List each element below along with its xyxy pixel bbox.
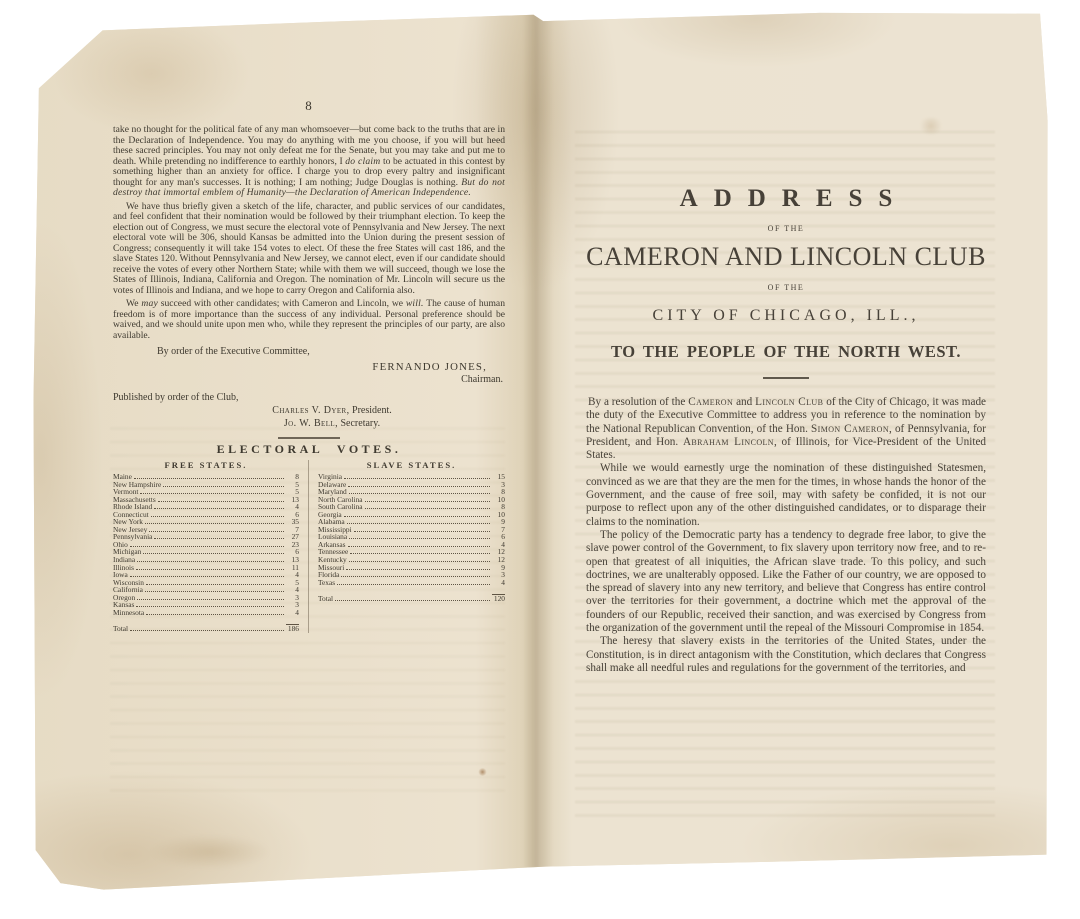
secretary-name: Jo. W. Bell,	[284, 418, 338, 429]
pamphlet-sheet: 8 take no thought for the political fate…	[0, 0, 1080, 919]
dot-leader	[344, 516, 490, 517]
dot-leader	[341, 576, 490, 577]
slave-states-column: SLAVE STATES. Virginia15Delaware3Marylan…	[309, 460, 505, 633]
paragraph-policy: The policy of the Democratic party has a…	[586, 529, 986, 635]
total-label: Total	[318, 595, 333, 603]
by-order-line: By order of the Executive Committee,	[113, 346, 505, 358]
slave-total-row: Total120	[318, 594, 505, 603]
president-title: President.	[350, 405, 392, 416]
smallcaps-run: Cameron	[688, 396, 733, 408]
dot-leader	[349, 538, 490, 539]
free-states-column: FREE STATES. Maine8New Hampshire5Vermont…	[113, 460, 309, 633]
center-fold-crease	[523, 13, 553, 868]
dot-leader	[347, 523, 490, 524]
dot-leader	[151, 516, 284, 517]
free-total-value: 186	[286, 624, 299, 633]
dot-leader	[365, 501, 490, 502]
free-states-header: FREE STATES.	[113, 460, 299, 470]
chairman-name: FERNANDO JONES,	[113, 361, 505, 373]
dot-leader	[137, 561, 284, 562]
slave-total-value: 120	[492, 594, 505, 603]
paragraph-urge: While we would earnestly urge the nomina…	[586, 462, 986, 528]
state-name: Minnesota	[113, 609, 144, 617]
dot-leader	[163, 486, 284, 487]
page-number: 8	[113, 98, 505, 114]
address-title: ADDRESS	[586, 186, 986, 211]
table-row: Texas4	[318, 579, 505, 587]
dot-leader	[134, 478, 284, 479]
dot-leader	[365, 508, 490, 509]
dot-leader	[344, 478, 490, 479]
dot-leader	[130, 546, 284, 547]
dot-leader	[130, 576, 284, 577]
dot-leader	[354, 531, 490, 532]
heading-rule	[763, 377, 809, 379]
published-line: Published by order of the Club,	[113, 392, 505, 404]
dot-leader	[348, 486, 490, 487]
dot-leader	[130, 630, 284, 631]
section-divider-rule	[278, 437, 340, 439]
secretary-line: Jo. W. Bell, Secretary.	[113, 418, 505, 430]
dot-leader	[349, 493, 490, 494]
smallcaps-run: Lincoln Club	[755, 396, 823, 408]
dot-leader	[350, 553, 490, 554]
dot-leader	[348, 546, 490, 547]
table-row: Georgia10	[318, 511, 505, 519]
dot-leader	[145, 591, 284, 592]
table-row: Virginia15	[318, 473, 505, 481]
total-label: Total	[113, 625, 128, 633]
dot-leader	[137, 599, 284, 600]
electoral-votes-title: ELECTORAL VOTES.	[113, 442, 505, 457]
italic-run: will.	[406, 298, 424, 309]
dot-leader	[149, 531, 284, 532]
table-row: Oregon3	[113, 594, 299, 602]
slave-states-header: SLAVE STATES.	[318, 460, 505, 470]
table-row: Missouri9	[318, 564, 505, 572]
table-row: Florida3	[318, 571, 505, 579]
paper-stain	[150, 835, 270, 869]
table-row: Minnesota4	[113, 609, 299, 617]
paper-stain	[478, 768, 487, 776]
dot-leader	[158, 501, 284, 502]
vote-count: 4	[492, 579, 505, 587]
table-row: Michigan6	[113, 548, 299, 556]
free-total-row: Total186	[113, 624, 299, 633]
smallcaps-run: Abraham Lincoln	[683, 436, 774, 448]
table-row: New Hampshire5	[113, 481, 299, 489]
smallcaps-run: Simon Cameron	[811, 423, 889, 435]
people-line: TO THE PEOPLE OF THE NORTH WEST.	[586, 342, 986, 362]
slave-states-rows: Virginia15Delaware3Maryland8North Caroli…	[318, 473, 505, 586]
city-line: CITY OF CHICAGO, ILL.,	[586, 307, 986, 325]
left-page: 8 take no thought for the political fate…	[113, 98, 505, 633]
dot-leader	[346, 569, 490, 570]
of-the-line: OF THE	[586, 224, 986, 233]
text-run: We	[126, 298, 141, 309]
paragraph-resolution: By a resolution of the Cameron and Linco…	[586, 396, 986, 462]
table-row: Illinois11	[113, 564, 299, 572]
dot-leader	[146, 584, 284, 585]
italic-run: may	[141, 298, 158, 309]
president-line: Charles V. Dyer, President.	[113, 405, 505, 417]
text-run: and	[733, 396, 755, 408]
italic-run: do claim	[345, 156, 380, 167]
table-row: South Carolina8	[318, 503, 505, 511]
club-title: CAMERON AND LINCOLN CLUB	[586, 244, 986, 270]
table-row: Louisiana6	[318, 533, 505, 541]
table-row: Indiana13	[113, 556, 299, 564]
dot-leader	[146, 614, 284, 615]
table-row: California4	[113, 586, 299, 594]
dot-leader	[335, 600, 490, 601]
chairman-title: Chairman.	[113, 374, 505, 386]
dot-leader	[136, 569, 284, 570]
dot-leader	[154, 538, 284, 539]
dot-leader	[349, 561, 490, 562]
text-run: By a resolution of the	[588, 396, 688, 408]
electoral-votes-table: FREE STATES. Maine8New Hampshire5Vermont…	[113, 460, 505, 633]
paragraph-sketch: We have thus briefly given a sketch of t…	[113, 202, 505, 297]
state-name: Texas	[318, 579, 335, 587]
vote-count: 4	[286, 609, 299, 617]
paper-stain	[918, 118, 944, 134]
scan-stage: 8 take no thought for the political fate…	[0, 0, 1080, 919]
free-states-rows: Maine8New Hampshire5Vermont5Massachusett…	[113, 473, 299, 616]
right-page: ADDRESS OF THE CAMERON AND LINCOLN CLUB …	[586, 186, 986, 675]
paragraph-continuation: take no thought for the political fate o…	[113, 125, 505, 199]
president-name: Charles V. Dyer,	[272, 405, 349, 416]
of-the-line: OF THE	[586, 283, 986, 292]
dot-leader	[136, 606, 284, 607]
text-run: succeed with other candidates; with Came…	[158, 298, 406, 309]
secretary-title: Secretary.	[338, 418, 380, 429]
dot-leader	[337, 584, 490, 585]
table-row: Kentucky12	[318, 556, 505, 564]
dot-leader	[140, 493, 284, 494]
dot-leader	[143, 553, 284, 554]
paragraph-heresy: The heresy that slavery exists in the te…	[586, 635, 986, 675]
table-row: Pennsylvania27	[113, 533, 299, 541]
dot-leader	[154, 508, 284, 509]
paragraph-may-succeed: We may succeed with other candidates; wi…	[113, 299, 505, 341]
dot-leader	[145, 523, 284, 524]
